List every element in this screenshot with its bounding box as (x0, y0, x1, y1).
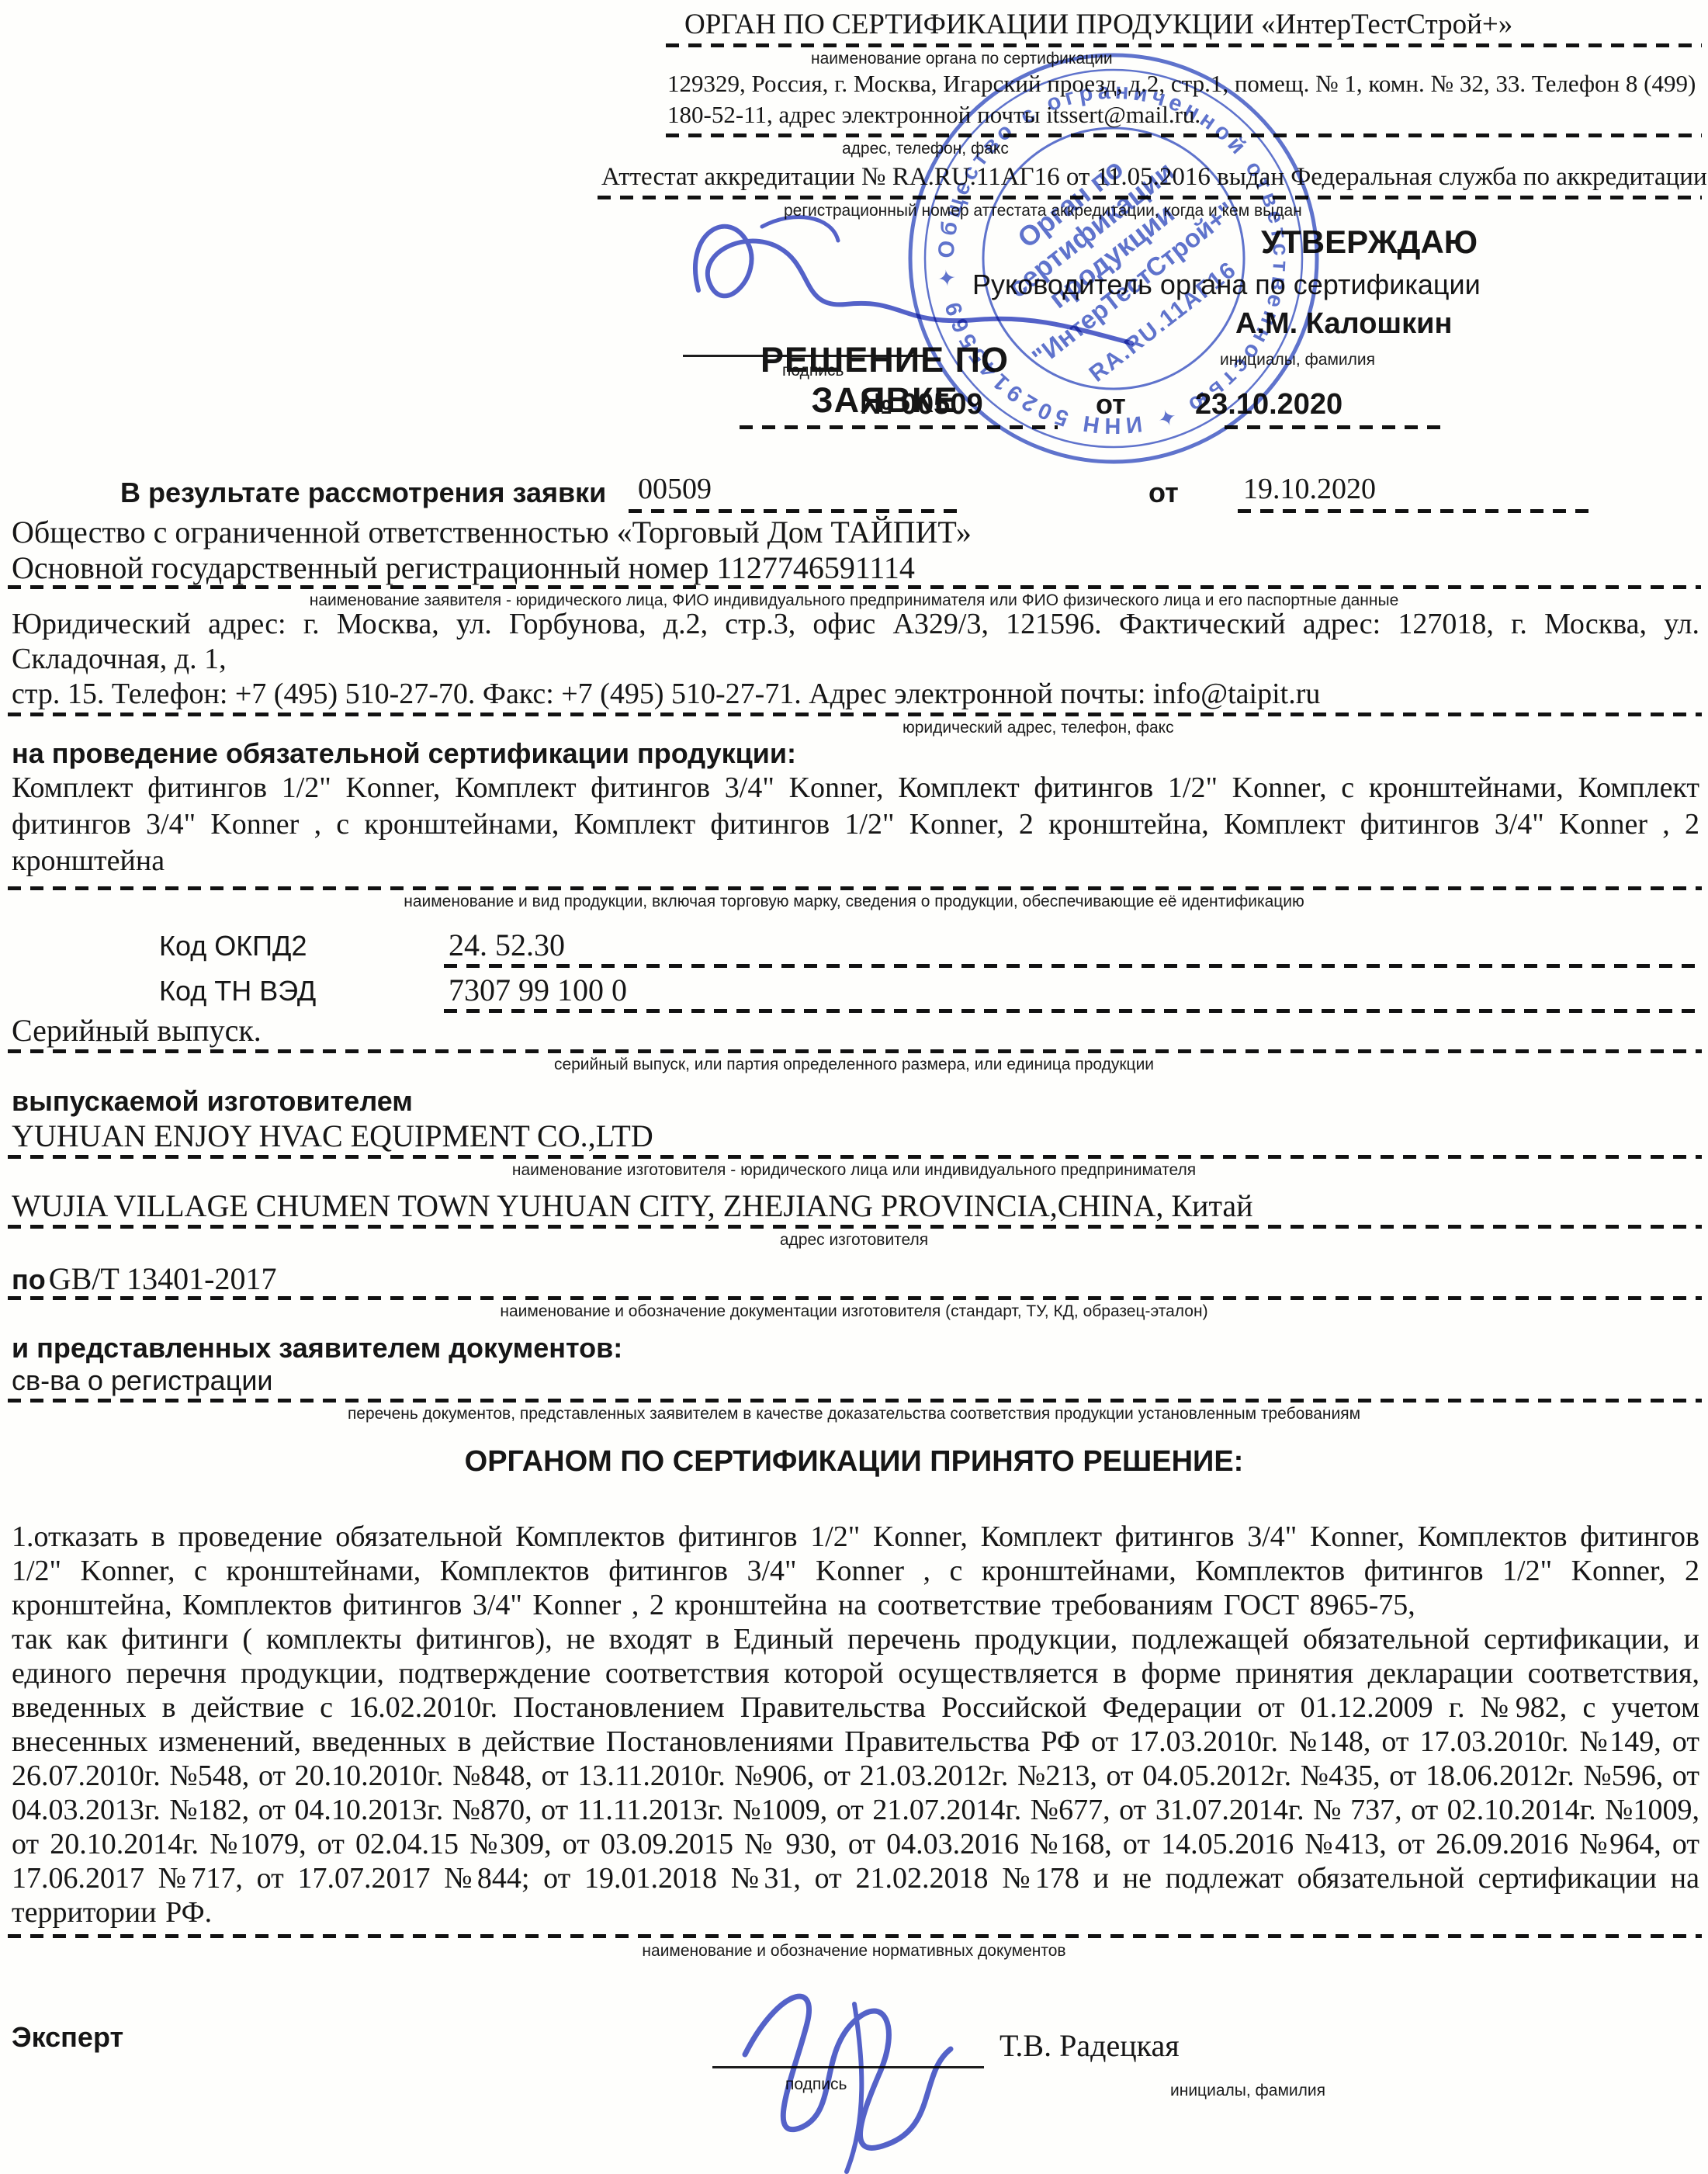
application-number: 00509 (638, 472, 712, 506)
manufacturer-address-underline (8, 1225, 1702, 1229)
applicant-address-line2: Складочная, д. 1, (12, 642, 227, 677)
document-page: ОРГАН ПО СЕРТИФИКАЦИИ ПРОДУКЦИИ «ИнтерТе… (0, 0, 1708, 2174)
applicant-address-line3: стр. 15. Телефон: +7 (495) 510-27-70. Фа… (12, 677, 1320, 712)
org-name: ОРГАН ПО СЕРТИФИКАЦИИ ПРОДУКЦИИ «ИнтерТе… (684, 8, 1512, 41)
approver-signature-flourish (762, 217, 838, 241)
serial-caption: серийный выпуск, или партия определенног… (0, 1056, 1708, 1074)
documents-caption: перечень документов, представленных заяв… (0, 1405, 1708, 1423)
expert-signature-ink (702, 1981, 1036, 2174)
decision-underline (8, 1934, 1702, 1938)
documents-value: св-ва о регистрации (12, 1364, 273, 1397)
decision-paragraph-2: так как фитинги ( комплекты фитингов), н… (12, 1622, 1699, 1930)
applicant-underline (8, 585, 1701, 589)
manufacturer-address: WUJIA VILLAGE CHUMEN TOWN YUHUAN CITY, Z… (12, 1188, 1253, 1224)
manufacturer-lead: выпускаемой изготовителем (12, 1085, 413, 1118)
manufacturer-doc-underline (8, 1296, 1702, 1300)
documents-underline (8, 1399, 1702, 1403)
manufacturer-doc-prefix: по (12, 1264, 46, 1295)
product-underline (8, 886, 1702, 890)
manufacturer-address-caption: адрес изготовителя (0, 1231, 1708, 1250)
okpd2-value: 24. 52.30 (449, 927, 565, 963)
product-lead: на проведение обязательной сертификации … (12, 737, 796, 770)
application-lead: В результате рассмотрения заявки (120, 477, 606, 509)
expert-signature-stroke-1 (745, 1996, 951, 2148)
serial-release: Серийный выпуск. (12, 1012, 262, 1049)
approver-signature-ink (669, 196, 1166, 374)
product-caption: наименование и вид продукции, включая то… (0, 893, 1708, 911)
application-ot-label: от (1148, 477, 1179, 509)
application-date-underline (1238, 509, 1596, 513)
manufacturer-name-caption: наименование изготовителя - юридического… (0, 1161, 1708, 1180)
applicant-name: Общество с ограниченной ответственностью… (12, 514, 972, 550)
applicant-address-underline (8, 713, 1702, 716)
okpd2-label: Код ОКПД2 (159, 930, 307, 962)
manufacturer-doc-line: по GB/T 13401-2017 (12, 1260, 276, 1297)
tnved-underline (444, 1009, 1701, 1013)
manufacturer-name: YUHUAN ENJOY HVAC EQUIPMENT CO.,LTD (12, 1118, 653, 1154)
applicant-ogrn: Основной государственный регистрационный… (12, 550, 915, 586)
decision-body: 1.отказать в проведение обязательной Ком… (12, 1520, 1699, 1930)
manufacturer-name-underline (8, 1155, 1702, 1159)
tnved-label: Код ТН ВЭД (159, 975, 316, 1007)
documents-lead: и представленных заявителем документов: (12, 1332, 622, 1364)
manufacturer-doc-caption: наименование и обозначение документации … (0, 1302, 1708, 1321)
decision-caption: наименование и обозначение нормативных д… (0, 1942, 1708, 1961)
serial-underline (8, 1049, 1702, 1053)
decision-heading: ОРГАНОМ ПО СЕРТИФИКАЦИИ ПРИНЯТО РЕШЕНИЕ: (0, 1445, 1708, 1479)
applicant-address-caption: юридический адрес, телефон, факс (903, 719, 1174, 737)
decision-paragraph-1: 1.отказать в проведение обязательной Ком… (12, 1520, 1699, 1622)
manufacturer-doc-value: GB/T 13401-2017 (49, 1261, 277, 1296)
expert-label: Эксперт (12, 2021, 123, 2054)
approver-signature-stroke (695, 227, 1131, 343)
product-description: Комплект фитингов 1/2" Konner, Комплект … (12, 770, 1699, 879)
applicant-address-line1: Юридический адрес: г. Москва, ул. Горбун… (12, 607, 1699, 642)
expert-name-caption: инициалы, фамилия (1170, 2082, 1325, 2100)
okpd2-underline (444, 964, 1701, 968)
application-number-underline (629, 509, 964, 513)
tnved-value: 7307 99 100 0 (449, 972, 627, 1008)
